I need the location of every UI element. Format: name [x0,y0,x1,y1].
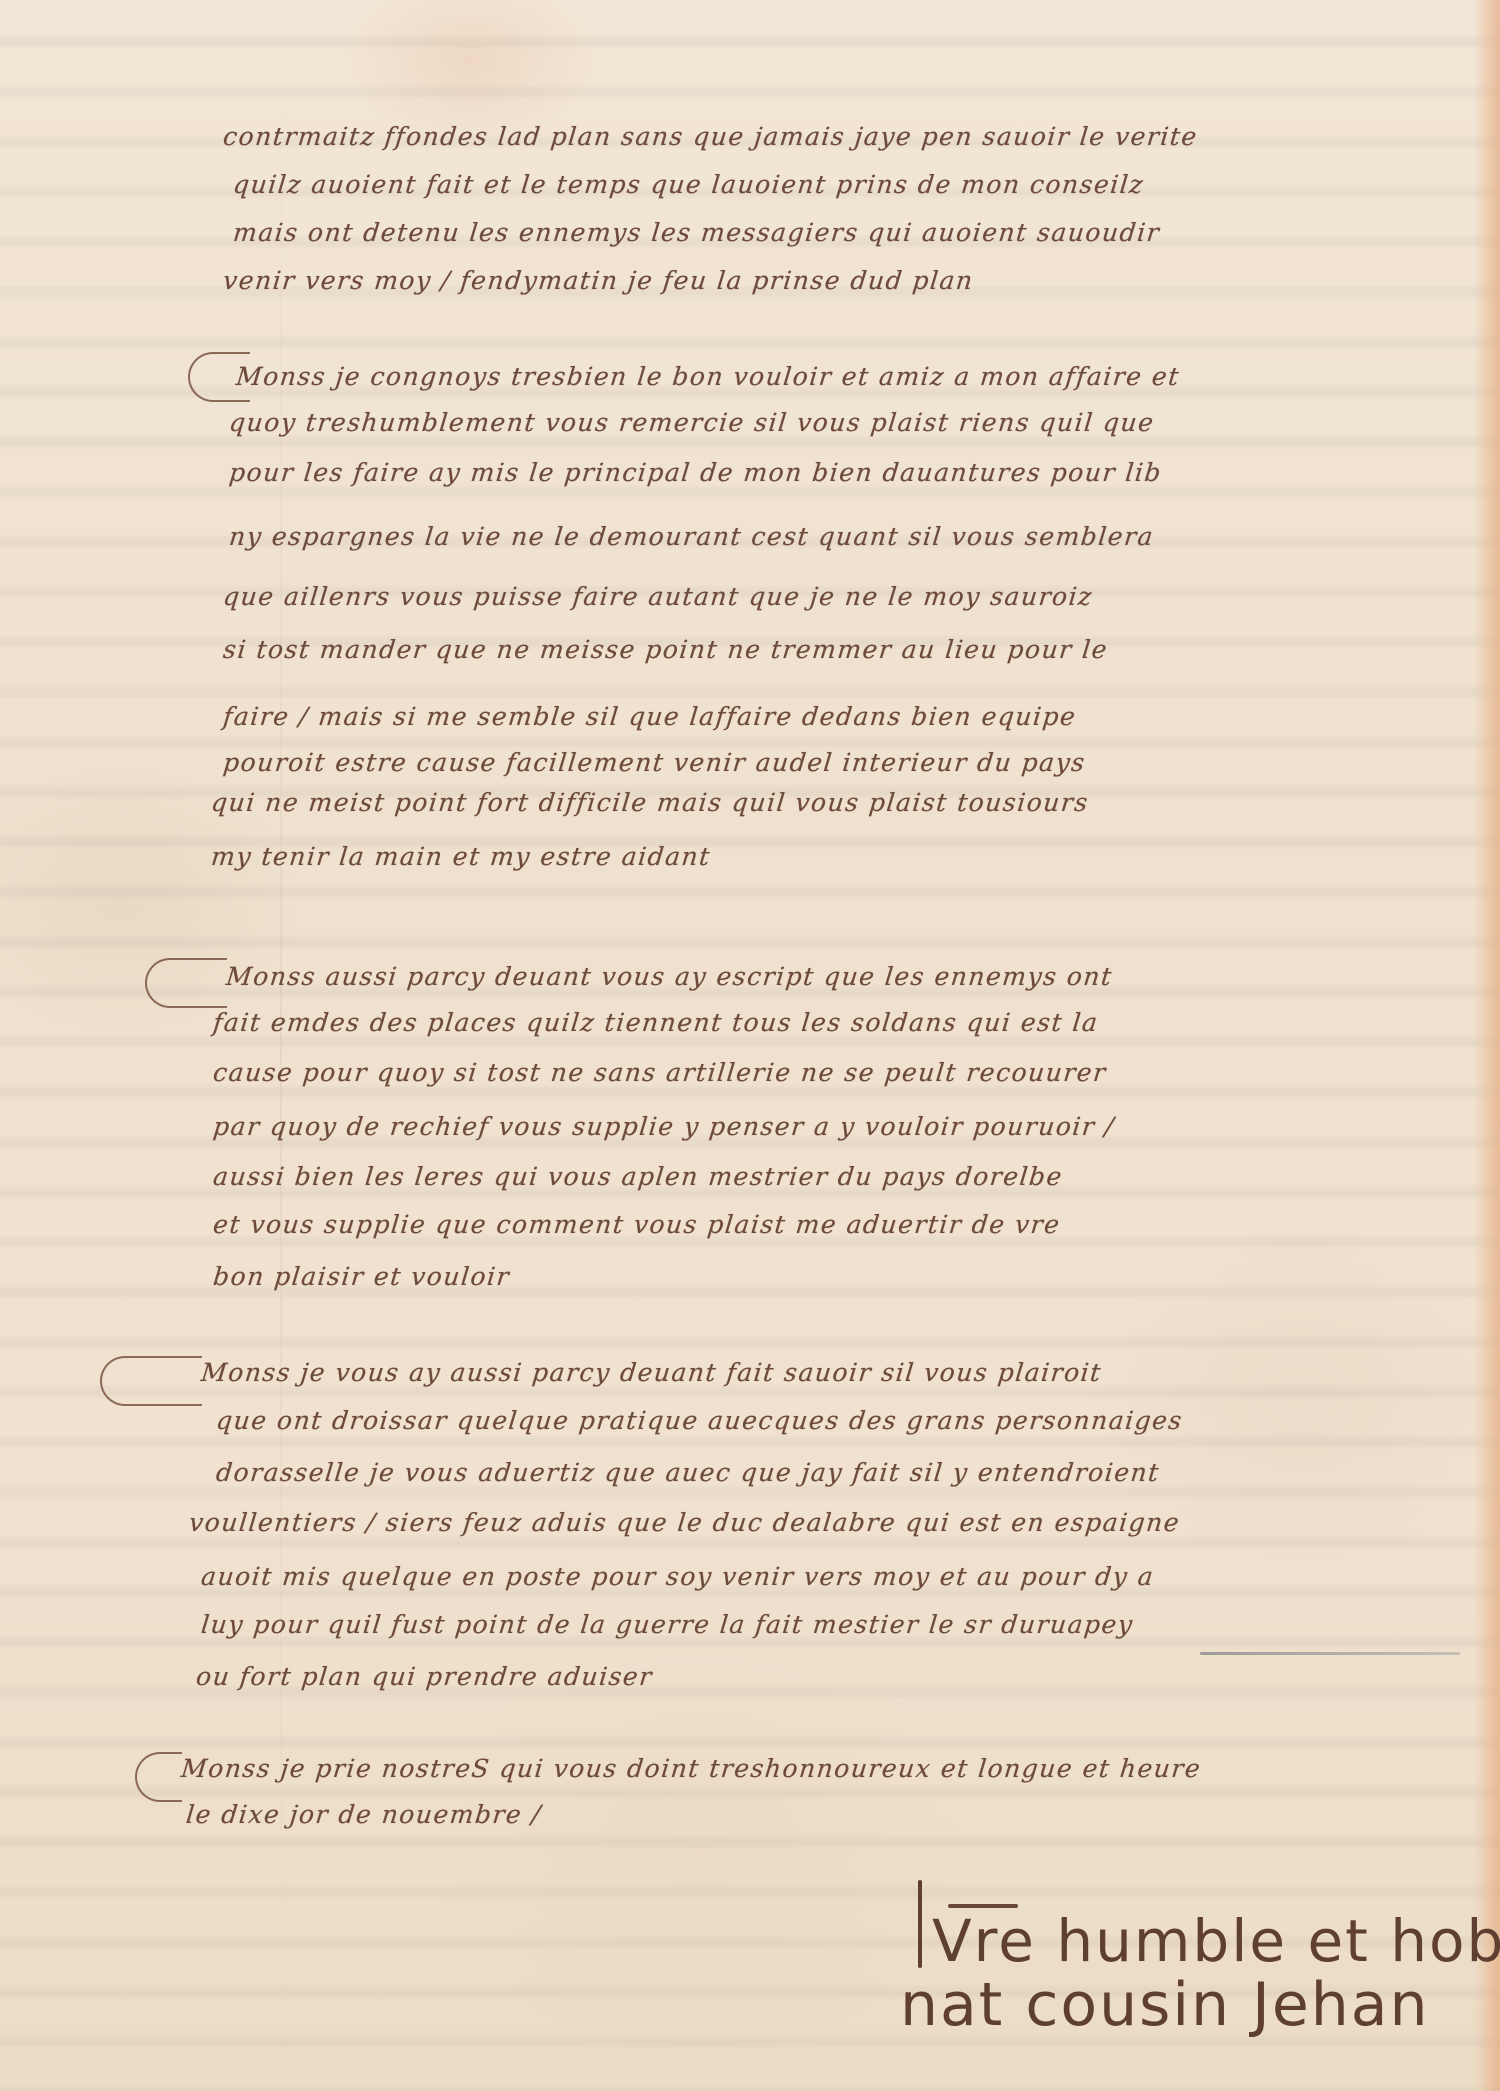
text-line: le dixe jor de nouembre / [185,1802,543,1827]
text-line: que ont droissar quelque pratique auecqu… [215,1408,1184,1433]
text-line: fait emdes des places quilz tiennent tou… [212,1010,1100,1035]
text-line: my tenir la main et my estre aidant [210,844,712,869]
text-line: Monss je vous ay aussi parcy deuant fait… [200,1360,1103,1385]
text-line: contrmaitz ffondes lad plan sans que jam… [222,124,1199,149]
text-line: voullentiers / siers feuz aduis que le d… [188,1510,1182,1535]
text-line: dorasselle je vous aduertiz que auec que… [215,1460,1161,1485]
text-line: venir vers moy / fendymatin je feu la pr… [222,268,975,293]
initial-flourish [135,1752,182,1802]
pencil-underline [1200,1652,1460,1655]
text-line: quilz auoient fait et le temps que lauoi… [232,172,1145,197]
text-line: Monss je prie nostreS qui vous doint tre… [180,1756,1203,1781]
text-line: ny espargnes la vie ne le demourant cest… [228,524,1155,549]
page-edge-stain [1474,0,1500,2091]
text-line: ou fort plan qui prendre aduiser [195,1664,654,1689]
signature-line-1: Vre humble et hobe [932,1912,1500,1970]
text-line: pouroit estre cause facillement venir au… [222,750,1087,775]
text-line: luy pour quil fust point de la guerre la… [200,1612,1135,1637]
text-line: quoy treshumblement vous remercie sil vo… [228,410,1156,435]
text-line: que aillenrs vous puisse faire autant qu… [222,584,1094,609]
text-line: et vous supplie que comment vous plaist … [212,1212,1062,1237]
text-line: qui ne meist point fort difficile mais q… [210,790,1090,815]
signature-line-2: nat cousin Jehan [900,1975,1430,2035]
text-line: bon plaisir et vouloir [212,1264,511,1289]
text-line: Monss aussi parcy deuant vous ay escript… [225,964,1114,989]
text-line: pour les faire ay mis le principal de mo… [228,460,1163,485]
initial-flourish [100,1356,202,1406]
text-line: faire / mais si me semble sil que laffai… [222,704,1078,729]
text-line: auoit mis quelque en poste pour soy veni… [200,1564,1156,1589]
text-line: mais ont detenu les ennemys les messagie… [232,220,1162,245]
signature-stroke [918,1880,922,1968]
text-line: cause pour quoy si tost ne sans artiller… [212,1060,1108,1085]
letter-page: contrmaitz ffondes lad plan sans que jam… [0,0,1500,2091]
text-line: par quoy de rechief vous supplie y pense… [212,1114,1116,1139]
text-line: si tost mander que ne meisse point ne tr… [222,637,1109,662]
text-line: aussi bien les leres qui vous aplen mest… [212,1164,1064,1189]
initial-flourish [145,958,227,1008]
text-line: Monss je congnoys tresbien le bon vouloi… [235,364,1181,389]
